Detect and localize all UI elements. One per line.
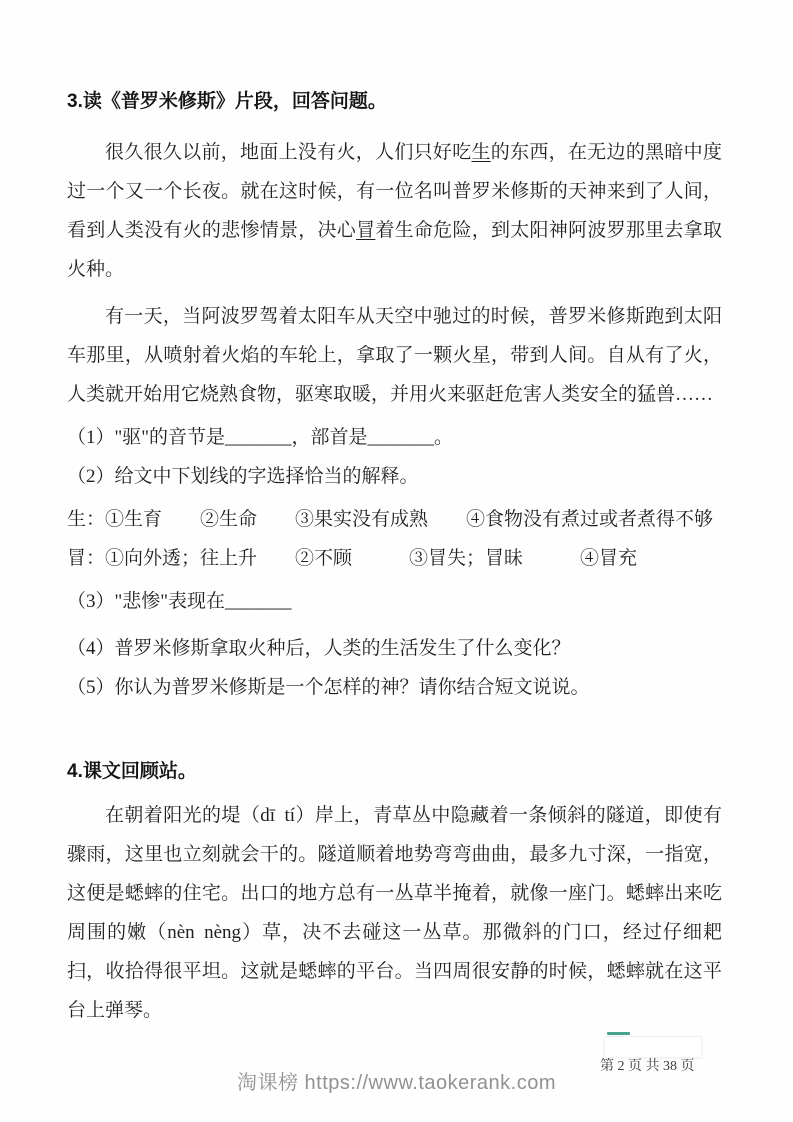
sub-question-5: （5）你认为普罗米修斯是一个怎样的神？请你结合短文说说。 — [67, 668, 722, 707]
sub-question-3: （3）"悲惨"表现在_______ — [67, 582, 722, 621]
sub-question-4: （4）普罗米修斯拿取火种后，人类的生活发生了什么变化？ — [67, 629, 722, 668]
green-dash-marker — [607, 1032, 630, 1035]
passage-paragraph-2: 有一天，当阿波罗驾着太阳车从天空中驰过的时候，普罗米修斯跑到太阳车那里，从喷射着… — [67, 297, 722, 414]
sub-question-2: （2）给文中下划线的字选择恰当的解释。 — [67, 457, 722, 496]
document-content: 3.读《普罗米修斯》片段，回答问题。 很久很久以前，地面上没有火，人们只好吃生的… — [67, 82, 722, 1030]
options-sheng: 生：①生育 ②生命 ③果实没有成熟 ④食物没有煮过或者煮得不够 — [67, 500, 722, 539]
passage-text: 很久很久以前，地面上没有火，人们只好吃 — [105, 142, 472, 163]
document-page: 3.读《普罗米修斯》片段，回答问题。 很久很久以前，地面上没有火，人们只好吃生的… — [0, 0, 793, 1122]
passage-cricket: 在朝着阳光的堤（dī tí）岸上，青草丛中隐藏着一条倾斜的隧道，即使有骤雨，这里… — [67, 796, 722, 1030]
underlined-char-mao: 冒 — [356, 220, 375, 241]
options-mao: 冒：①向外透；往上升 ②不顾 ③冒失；冒昧 ④冒充 — [67, 539, 722, 578]
passage-paragraph-1: 很久很久以前，地面上没有火，人们只好吃生的东西，在无边的黑暗中度过一个又一个长夜… — [67, 133, 722, 289]
question-4-heading: 4.课文回顾站。 — [67, 752, 722, 791]
sub-question-1: （1）"驱"的音节是_______，部首是_______。 — [67, 418, 722, 457]
underlined-char-sheng: 生 — [472, 142, 491, 163]
page-indicator: 第 2 页 共 38 页 — [600, 1055, 720, 1075]
question-3-heading: 3.读《普罗米修斯》片段，回答问题。 — [67, 82, 722, 121]
